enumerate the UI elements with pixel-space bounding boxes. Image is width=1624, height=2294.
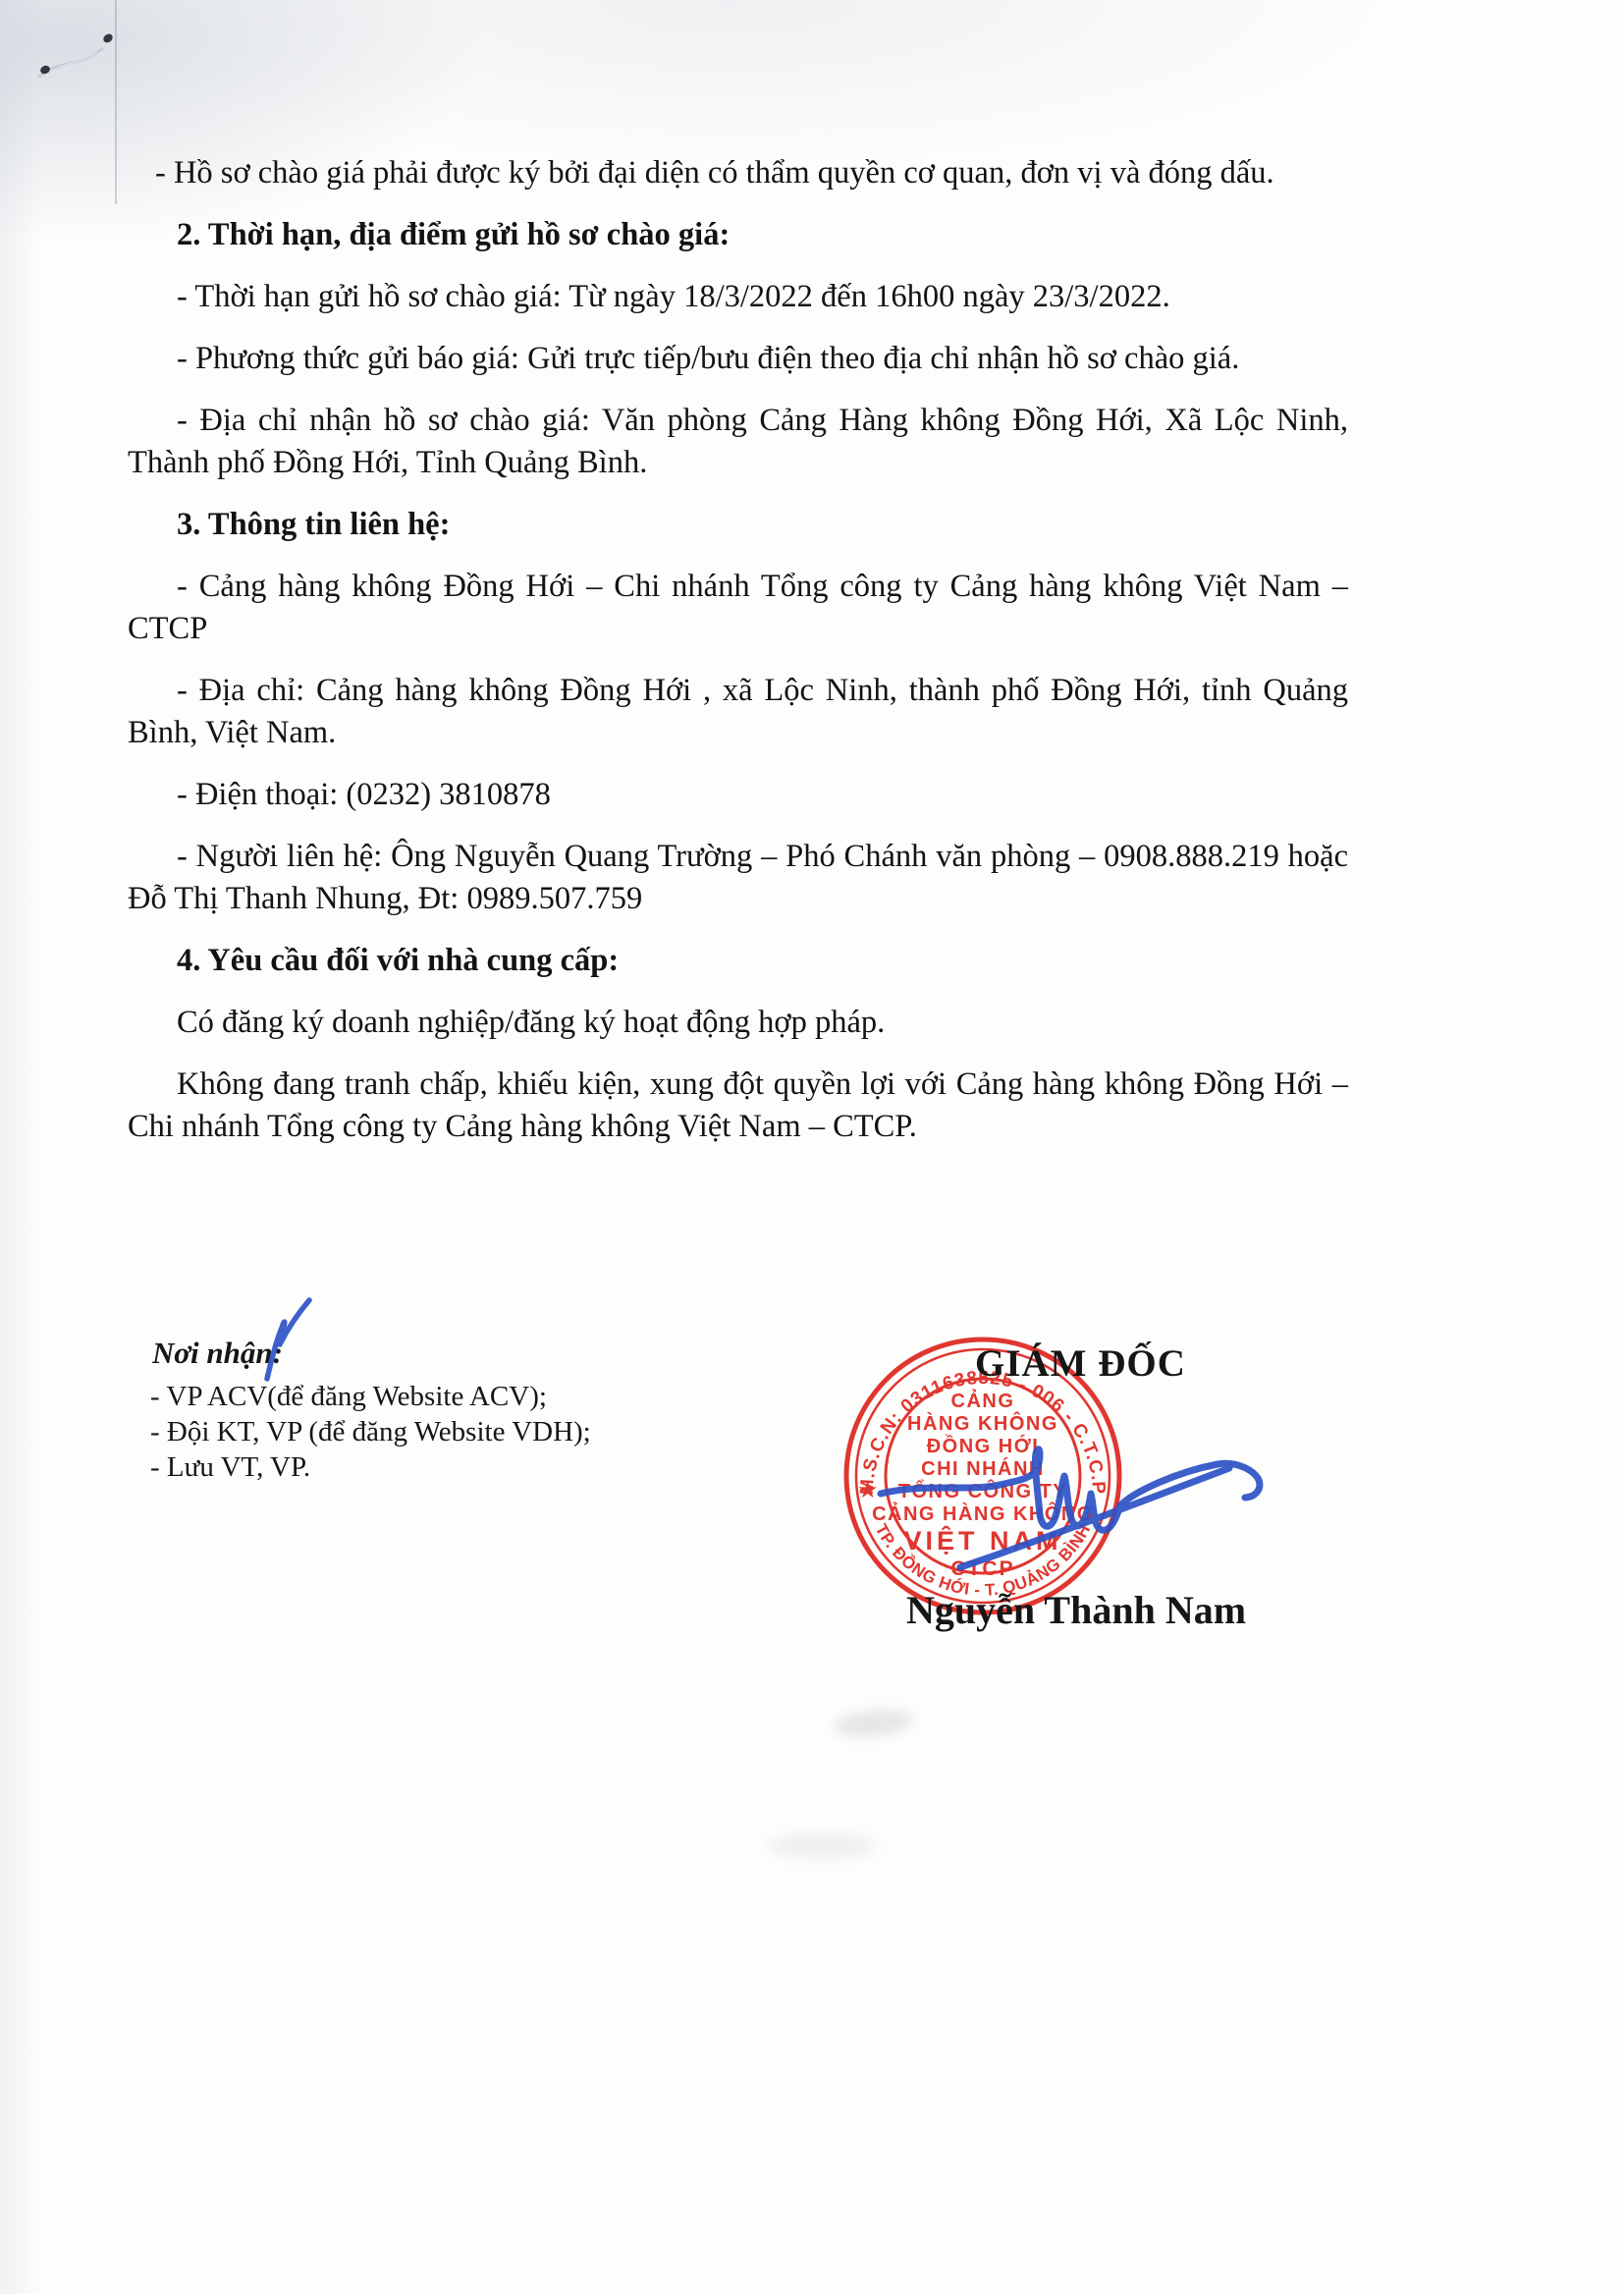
recipients-list: - VP ACV(để đăng Website ACV); - Đội KT,… xyxy=(150,1379,591,1485)
paragraph: - Địa chỉ nhận hồ sơ chào giá: Văn phòng… xyxy=(128,400,1348,484)
paragraph: - Cảng hàng không Đồng Hới – Chi nhánh T… xyxy=(128,566,1348,650)
recipient-item: - VP ACV(để đăng Website ACV); xyxy=(150,1379,591,1414)
recipient-item: - Đội KT, VP (để đăng Website VDH); xyxy=(150,1414,591,1449)
recipient-item: - Lưu VT, VP. xyxy=(150,1449,591,1485)
document-body: - Hồ sơ chào giá phải được ký bởi đại di… xyxy=(128,152,1348,1168)
signature xyxy=(835,1375,1345,1601)
paragraph: Có đăng ký doanh nghiệp/đăng ký hoạt độn… xyxy=(128,1002,1348,1044)
paragraph: - Phương thức gửi báo giá: Gửi trực tiếp… xyxy=(128,338,1348,380)
paragraph: - Địa chỉ: Cảng hàng không Đồng Hới , xã… xyxy=(128,670,1348,754)
section-heading-4: 4. Yêu cầu đối với nhà cung cấp: xyxy=(128,940,1348,982)
scanned-document-page: - Hồ sơ chào giá phải được ký bởi đại di… xyxy=(0,0,1624,2294)
staple-mark xyxy=(10,10,157,108)
signature-initial xyxy=(247,1288,326,1387)
ink-bleed-smudge xyxy=(834,1707,914,1740)
paragraph: - Điện thoại: (0232) 3810878 xyxy=(128,774,1348,816)
paragraph: Không đang tranh chấp, khiếu kiện, xung … xyxy=(128,1064,1348,1148)
ink-bleed-smudge xyxy=(768,1834,876,1858)
signer-name: Nguyễn Thành Nam xyxy=(906,1587,1246,1633)
section-heading-2: 2. Thời hạn, địa điểm gửi hồ sơ chào giá… xyxy=(128,214,1348,256)
paragraph: - Hồ sơ chào giá phải được ký bởi đại di… xyxy=(128,152,1348,194)
paragraph: - Người liên hệ: Ông Nguyễn Quang Trường… xyxy=(128,836,1348,920)
section-heading-3: 3. Thông tin liên hệ: xyxy=(128,504,1348,546)
paragraph: - Thời hạn gửi hồ sơ chào giá: Từ ngày 1… xyxy=(128,276,1348,318)
